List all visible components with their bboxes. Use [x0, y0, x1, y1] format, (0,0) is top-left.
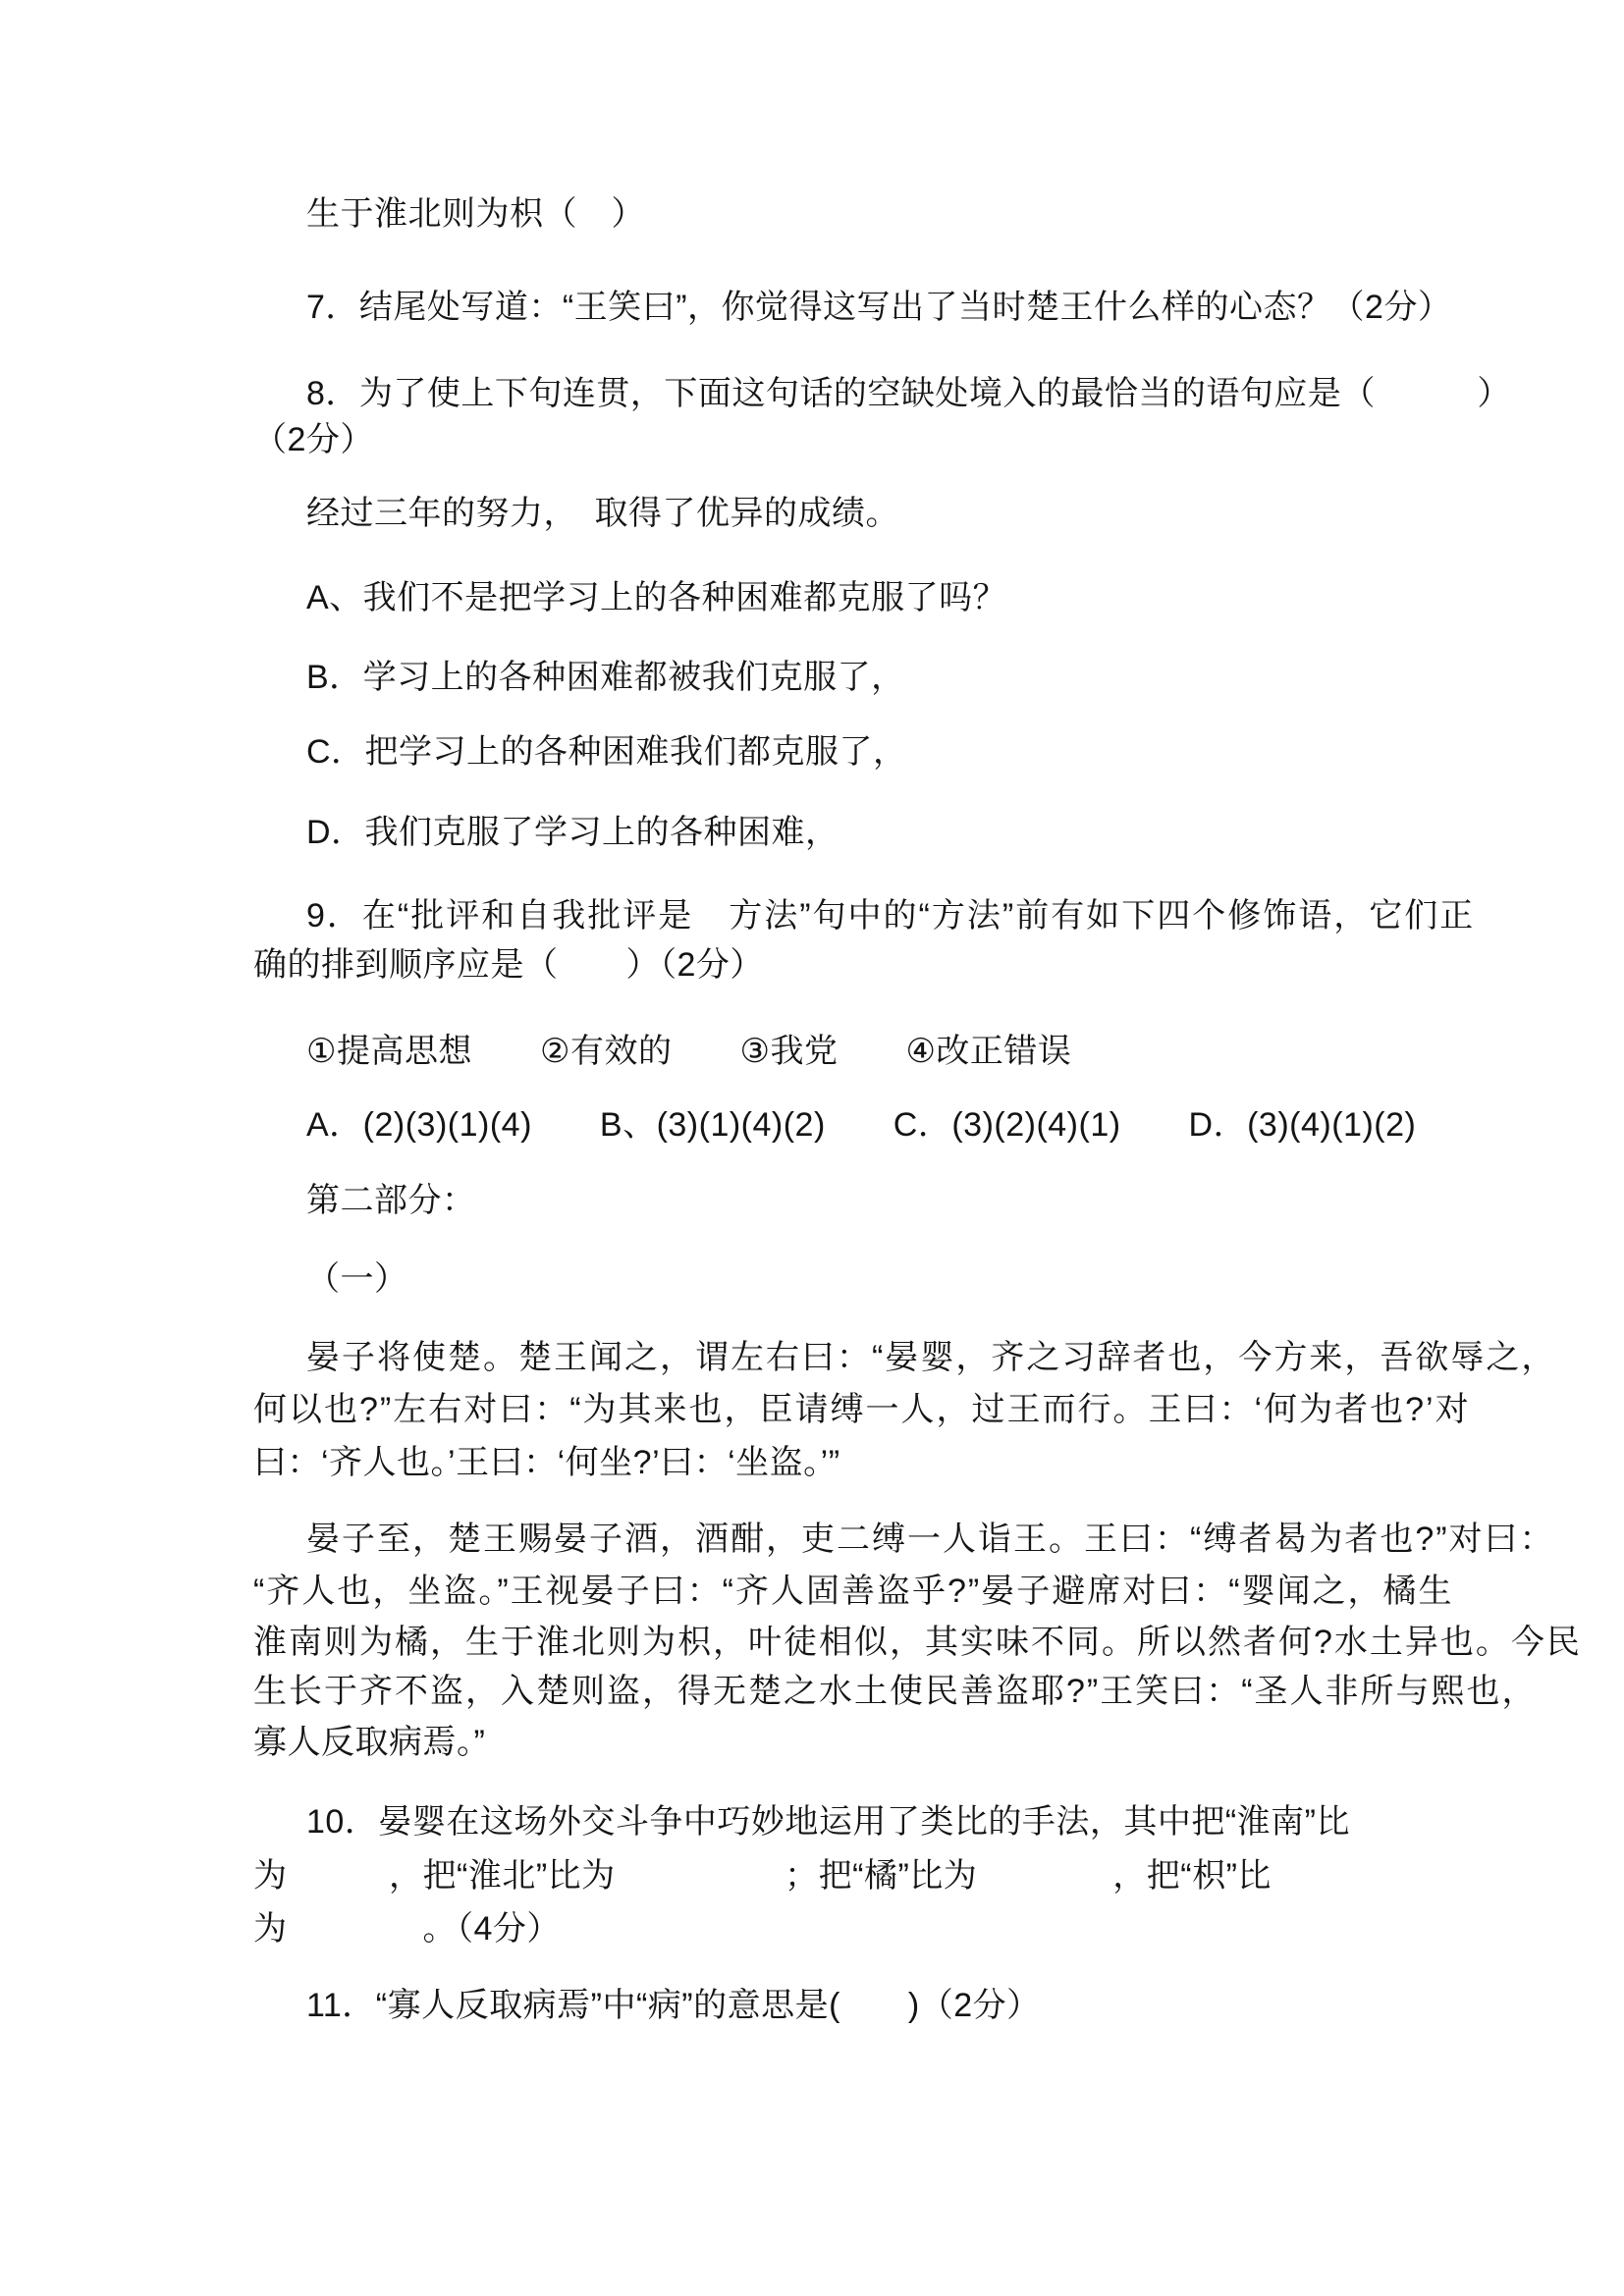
line-passage2-1: 晏子至，楚王赐晏子酒，酒酣，吏二缚一人诣王。王曰：“缚者曷为者也?”对曰：	[306, 1517, 1555, 1562]
line-passage2-4: 生长于齐不盗，入楚则盗，得无楚之水土使民善盗耶?”王笑曰：“圣人非所与熙也，	[253, 1669, 1538, 1714]
line-passage-number: （一）	[306, 1256, 408, 1302]
line-passage2-3: 淮南则为橘，生于淮北则为枳，叶徒相似，其实味不同。所以然者何?水土异也。今民	[253, 1620, 1582, 1665]
line-q6-item-zhi: 生于淮北则为枳（ ）	[306, 191, 645, 237]
line-q8-option-c: C．把学习上的各种困难我们都克服了，	[306, 729, 907, 774]
line-q10-1: 10．晏婴在这场外交斗争中巧妙地运用了类比的手法，其中把“淮南”比	[306, 1799, 1350, 1844]
line-q11: 11．“寡人反取病焉”中“病”的意思是( )（2分）	[306, 1983, 1041, 2028]
line-q9-stem-1: 9．在“批评和自我批评是 方法”句中的“方法”前有如下四个修饰语，它们正	[306, 893, 1475, 938]
line-passage1-3: 曰：‘齐人也。’王曰：‘何坐?’曰：‘坐盗。’”	[253, 1440, 840, 1485]
line-passage2-5: 寡人反取病焉。”	[253, 1720, 485, 1765]
line-q7: 7．结尾处写道：“王笑曰”，你觉得这写出了当时楚王什么样的心态？（2分）	[306, 285, 1451, 330]
line-passage2-2: “齐人也，坐盗。”王视晏子曰：“齐人固善盗乎?”晏子避席对曰：“婴闻之，橘生	[253, 1569, 1454, 1614]
line-q8-option-b: B．学习上的各种困难都被我们克服了，	[306, 655, 905, 700]
line-q8-sentence: 经过三年的努力， 取得了优异的成绩。	[306, 491, 899, 536]
line-passage1-2: 何以也?”左右对曰：“为其来也，臣请缚一人，过王而行。王曰：‘何为者也?’对	[253, 1387, 1471, 1432]
line-q10-3: 为 。（4分）	[253, 1906, 561, 1951]
line-q8-option-d: D．我们克服了学习上的各种困难，	[306, 810, 839, 855]
line-passage1-1: 晏子将使楚。楚王闻之，谓左右曰：“晏婴，齐之习辞者也，今方来，吾欲辱之，	[306, 1335, 1556, 1380]
line-q8-option-a: A、我们不是把学习上的各种困难都克服了吗？	[306, 575, 1006, 620]
line-q10-2: 为 ，把“淮北”比为 ；把“橘”比为 ，把“枳”比	[253, 1853, 1272, 1898]
line-q9-options: A．(2)(3)(1)(4) B、(3)(1)(4)(2) C．(3)(2)(4…	[306, 1102, 1416, 1148]
exam-document-page: 生于淮北则为枳（ ） 7．结尾处写道：“王笑曰”，你觉得这写出了当时楚王什么样的…	[0, 0, 1624, 2296]
line-q9-stem-2: 确的排到顺序应是（ ）（2分）	[253, 942, 764, 988]
line-q8-stem: 8．为了使上下句连贯，下面这句话的空缺处境入的最恰当的语句应是（ ）	[306, 371, 1511, 416]
line-q8-score: （2分）	[253, 417, 374, 462]
line-q9-modifiers: ①提高思想 ②有效的 ③我党 ④改正错误	[306, 1029, 1071, 1074]
line-part2-heading: 第二部分：	[306, 1178, 476, 1223]
